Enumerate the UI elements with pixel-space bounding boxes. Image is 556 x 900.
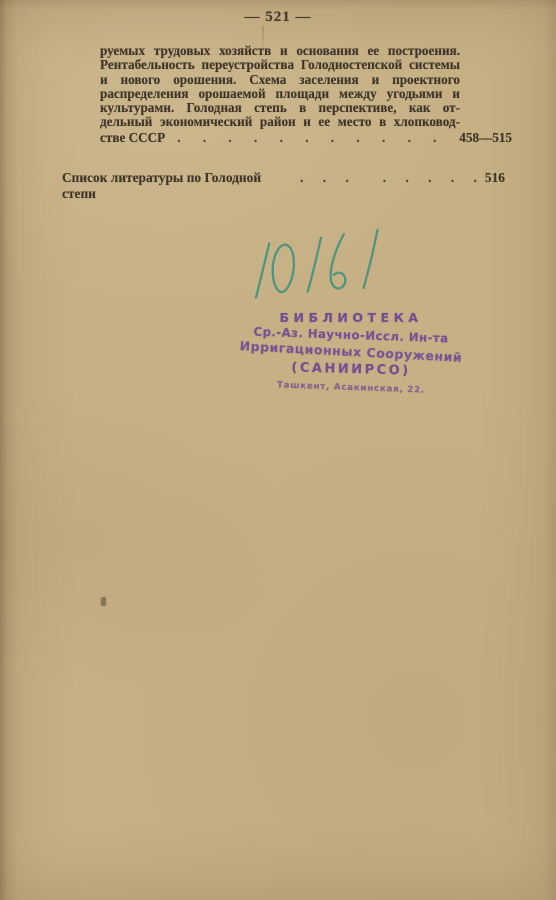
stamp-line-library: БИБЛИОТЕКА (238, 310, 464, 325)
leader-dots: . . . (300, 170, 357, 186)
digit-1-stroke (252, 243, 273, 297)
toc-entry-last-row: стве СССР . . . . . . . . . . . . . . 45… (100, 130, 512, 146)
toc-entry-line: и нового орошения. Схема заселения и про… (100, 73, 460, 87)
toc-bibliography-label: Список литературы по Голодной степи (62, 170, 286, 202)
scanned-book-page: — 521 — руемых трудовых хозяйств и основ… (0, 0, 556, 900)
toc-entry-line: распределения орошаемой площади между уг… (100, 87, 460, 101)
leader-dots: . . . . . . . . . . . . . . (165, 130, 459, 146)
toc-bibliography-page: 516 (485, 170, 505, 186)
page-number: — 521 — (0, 9, 556, 26)
leader-dots: . . . . . (383, 170, 485, 186)
toc-entry-tail: стве СССР (100, 130, 165, 146)
toc-entry-line: культурами. Голодная степь в перспективе… (100, 101, 460, 115)
handwritten-accession-number (242, 224, 397, 310)
digit-1-stroke (360, 230, 382, 288)
toc-entry-paragraph: руемых трудовых хозяйств и основания ее … (100, 44, 460, 130)
toc-entry-line: Рентабельность переустройства Голодносте… (100, 58, 460, 72)
ink-speck (101, 597, 106, 606)
digit-0-stroke (271, 244, 296, 293)
digit-1-stroke (304, 238, 325, 292)
toc-entry-line: руемых трудовых хозяйств и основания ее … (100, 44, 460, 58)
toc-entry-page-range: 458—515 (459, 130, 512, 146)
toc-bibliography-row: Список литературы по Голодной степи . . … (62, 170, 505, 202)
stamp-line-address: Ташкент, Асакинская, 22. (238, 379, 464, 397)
toc-entry-line: дельный экономический район и ее место в… (100, 115, 460, 129)
library-stamp: БИБЛИОТЕКА Ср.-Аз. Научно-Иссл. Ин-та Ир… (238, 310, 464, 393)
digit-6-stroke (328, 234, 348, 289)
